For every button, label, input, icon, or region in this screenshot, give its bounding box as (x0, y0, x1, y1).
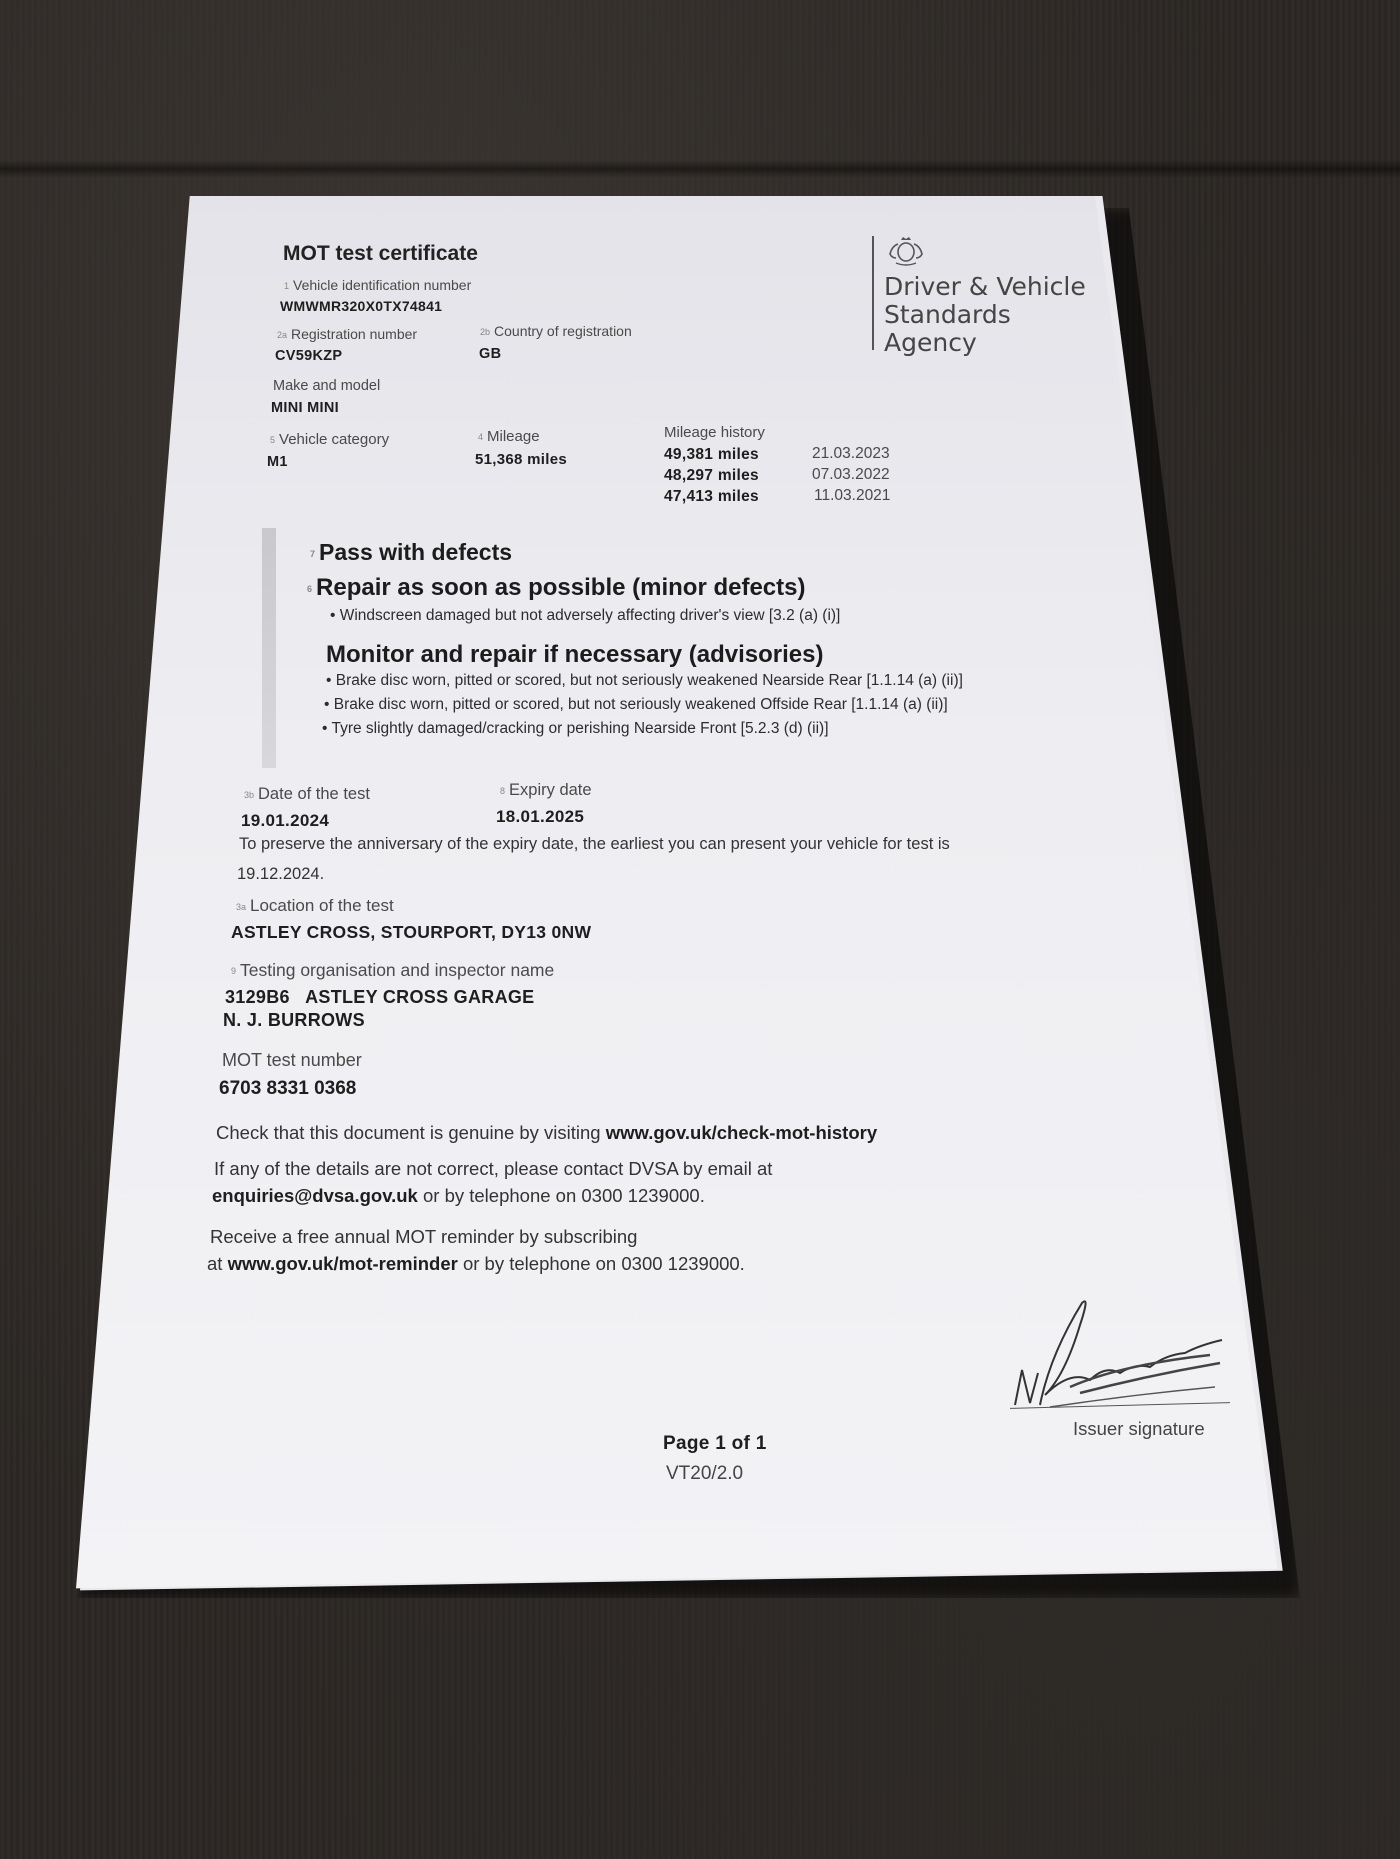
inspector-name: N. J. BURROWS (223, 1010, 365, 1031)
test-date-value: 19.01.2024 (241, 811, 329, 831)
mileage-history-date: 21.03.2023 (812, 445, 890, 463)
advisories-heading: Monitor and repair if necessary (advisor… (326, 641, 824, 669)
mileage-value: 51,368 miles (475, 451, 567, 468)
expiry-date-label: 8Expiry date (500, 781, 592, 800)
location-value: ASTLEY CROSS, STOURPORT, DY13 0NW (231, 922, 591, 943)
mot-test-number-label: MOT test number (222, 1050, 362, 1071)
advisory-item: • Brake disc worn, pitted or scored, but… (326, 672, 963, 690)
preserve-anniversary-note: To preserve the anniversary of the expir… (239, 835, 950, 854)
issuer-signature-label: Issuer signature (1073, 1418, 1205, 1440)
agency-name-line2: Standards (884, 301, 1086, 329)
reminder-text-line2: at www.gov.uk/mot-reminder or by telepho… (207, 1253, 745, 1275)
royal-crest-icon (884, 236, 928, 266)
test-date-label: 3bDate of the test (244, 785, 370, 804)
form-code: VT20/2.0 (666, 1463, 743, 1485)
test-result-status: 7Pass with defects (310, 539, 512, 566)
check-genuine-text: Check that this document is genuine by v… (216, 1122, 877, 1144)
advisory-item: • Tyre slightly damaged/cracking or peri… (322, 720, 829, 738)
mileage-history-date: 07.03.2022 (812, 466, 890, 484)
mileage-history-label: Mileage history (664, 424, 765, 441)
mileage-history-miles: 47,413 miles (664, 488, 759, 506)
country-value: GB (479, 346, 501, 362)
minor-defects-heading: 6Repair as soon as possible (minor defec… (307, 574, 805, 602)
mot-test-number-value: 6703 8331 0368 (219, 1078, 356, 1100)
page-number: Page 1 of 1 (663, 1433, 767, 1455)
result-status-bar (262, 528, 276, 768)
check-mot-history-link[interactable]: www.gov.uk/check-mot-history (606, 1122, 877, 1143)
document-title: MOT test certificate (283, 242, 478, 266)
mileage-history-miles: 49,381 miles (664, 446, 759, 464)
reminder-text-line1: Receive a free annual MOT reminder by su… (210, 1226, 637, 1248)
testing-organisation-label: 9Testing organisation and inspector name (231, 960, 554, 981)
contact-text-line1: If any of the details are not correct, p… (214, 1158, 772, 1180)
advisory-item: • Brake disc worn, pitted or scored, but… (324, 696, 948, 714)
mot-certificate: MOT test certificate Driver & Vehicle St… (0, 0, 1400, 1859)
mot-reminder-link[interactable]: www.gov.uk/mot-reminder (228, 1253, 458, 1274)
agency-name-line3: Agency (884, 329, 1086, 357)
agency-name-line1: Driver & Vehicle (884, 273, 1086, 301)
mileage-label: 4Mileage (478, 428, 540, 445)
minor-defect-item: • Windscreen damaged but not adversely a… (330, 607, 840, 625)
mileage-history-miles: 48,297 miles (664, 467, 759, 485)
dvsa-email-link[interactable]: enquiries@dvsa.gov.uk (212, 1185, 418, 1206)
contact-text-line2: enquiries@dvsa.gov.uk or by telephone on… (212, 1185, 705, 1207)
vin-value: WMWMR320X0TX74841 (280, 298, 442, 314)
country-label: 2bCountry of registration (480, 323, 632, 339)
vin-label: 1Vehicle identification number (284, 277, 471, 293)
expiry-date-value: 18.01.2025 (496, 807, 584, 827)
testing-organisation-value: 3129B6 ASTLEY CROSS GARAGE (225, 987, 535, 1008)
make-model-label: Make and model (273, 378, 380, 394)
field-marker: 1 (284, 281, 289, 291)
make-model-value: MINI MINI (271, 400, 339, 416)
mileage-history-date: 11.03.2021 (814, 487, 890, 505)
vehicle-category-label: 5Vehicle category (270, 431, 389, 448)
location-label: 3aLocation of the test (236, 896, 394, 916)
dvsa-logo: Driver & Vehicle Standards Agency (872, 236, 1086, 350)
vehicle-category-value: M1 (267, 454, 288, 470)
earliest-test-date: 19.12.2024. (237, 865, 324, 884)
registration-value: CV59KZP (275, 348, 342, 364)
registration-label: 2aRegistration number (277, 326, 417, 342)
